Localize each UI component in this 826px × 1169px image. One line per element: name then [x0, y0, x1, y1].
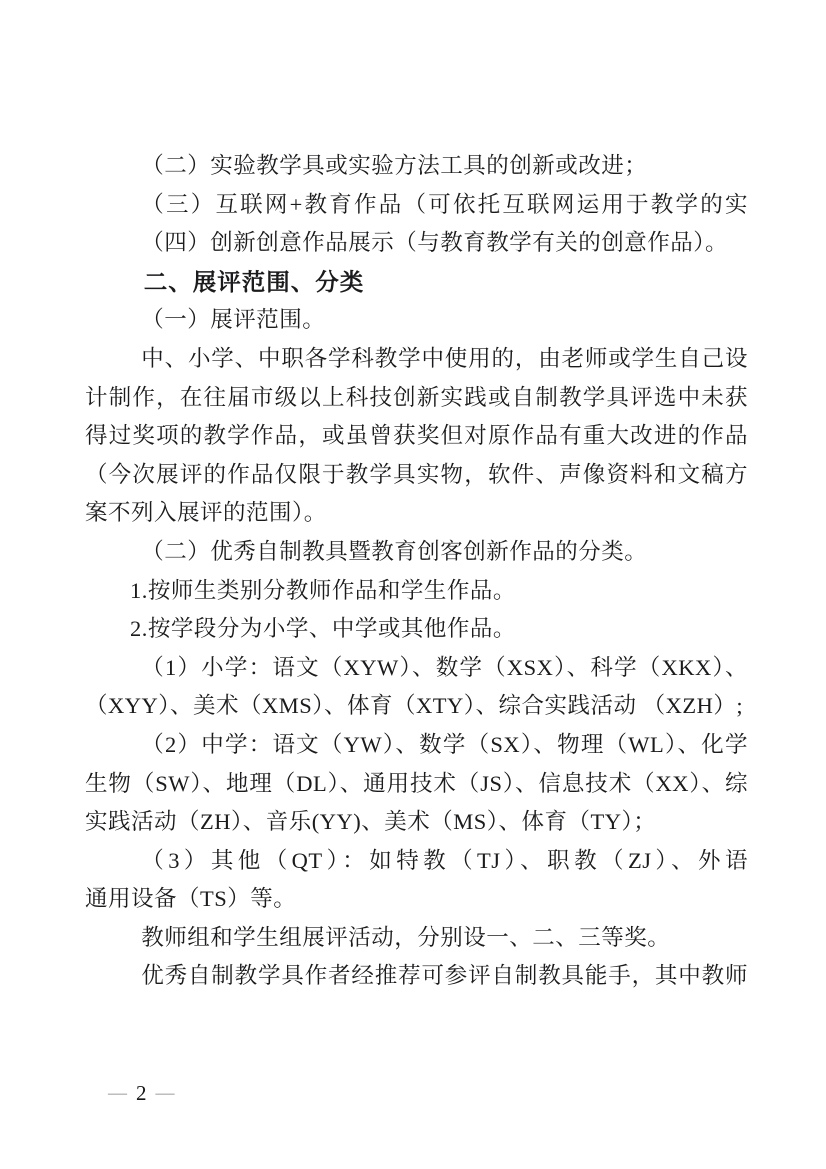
text-line: 生物（SW）、地理（DL）、通用技术（JS）、信息技术（XX）、综合 — [85, 765, 748, 804]
footer-dash-right: — — [156, 1085, 175, 1101]
section-heading: 二、展评范围、分类 — [85, 263, 748, 302]
document-page: （二）实验教学具或实验方法工具的创新或改进；（三）互联网+教育作品（可依托互联网… — [0, 0, 826, 1169]
text-line: 得过奖项的教学作品，或虽曾获奖但对原作品有重大改进的作品 — [85, 417, 748, 456]
page-footer: — 2 — — [108, 1081, 175, 1106]
text-line: 计制作，在往届市级以上科技创新实践或自制教学具评选中未获 — [85, 379, 748, 418]
footer-dash-left: — — [108, 1085, 127, 1101]
text-line: （今次展评的作品仅限于教学具实物，软件、声像资料和文稿方 — [85, 456, 748, 495]
text-line: （3）其他（QT）：如特教（TJ）、职教（ZJ）、外语（WY）、 — [85, 842, 748, 881]
text-line: 优秀自制教学具作者经推荐可参评自制教具能手，其中教师 — [85, 957, 748, 996]
text-line: （2）中学：语文（YW）、数学（SX）、物理（WL）、化学（HX）、 — [85, 726, 748, 765]
text-line: 教师组和学生组展评活动，分别设一、二、三等奖。 — [85, 919, 748, 958]
text-line: 1.按师生类别分教师作品和学生作品。 — [85, 572, 748, 611]
text-line: 案不列入展评的范围）。 — [85, 494, 748, 533]
text-line: （1）小学：语文（XYW）、数学（XSX）、科学（XKX）、音乐 — [85, 649, 748, 688]
page-number: 2 — [136, 1081, 147, 1106]
text-line: （三）互联网+教育作品（可依托互联网运用于教学的实物）； — [85, 186, 748, 225]
text-line: 中、小学、中职各学科教学中使用的，由老师或学生自己设 — [85, 340, 748, 379]
text-line: （一）展评范围。 — [85, 301, 748, 340]
text-line: 实践活动（ZH）、音乐(YY)、美术（MS）、体育（TY）； — [85, 803, 748, 842]
text-line: （二）实验教学具或实验方法工具的创新或改进； — [85, 147, 748, 186]
text-line: （四）创新创意作品展示（与教育教学有关的创意作品）。 — [85, 224, 748, 263]
text-line: （XYY）、美术（XMS）、体育（XTY）、综合实践活动 （XZH）; — [85, 687, 748, 726]
text-line: 2.按学段分为小学、中学或其他作品。 — [85, 610, 748, 649]
text-line: （二）优秀自制教具暨教育创客创新作品的分类。 — [85, 533, 748, 572]
text-line: 通用设备（TS）等。 — [85, 880, 748, 919]
document-body: （二）实验教学具或实验方法工具的创新或改进；（三）互联网+教育作品（可依托互联网… — [85, 147, 748, 996]
